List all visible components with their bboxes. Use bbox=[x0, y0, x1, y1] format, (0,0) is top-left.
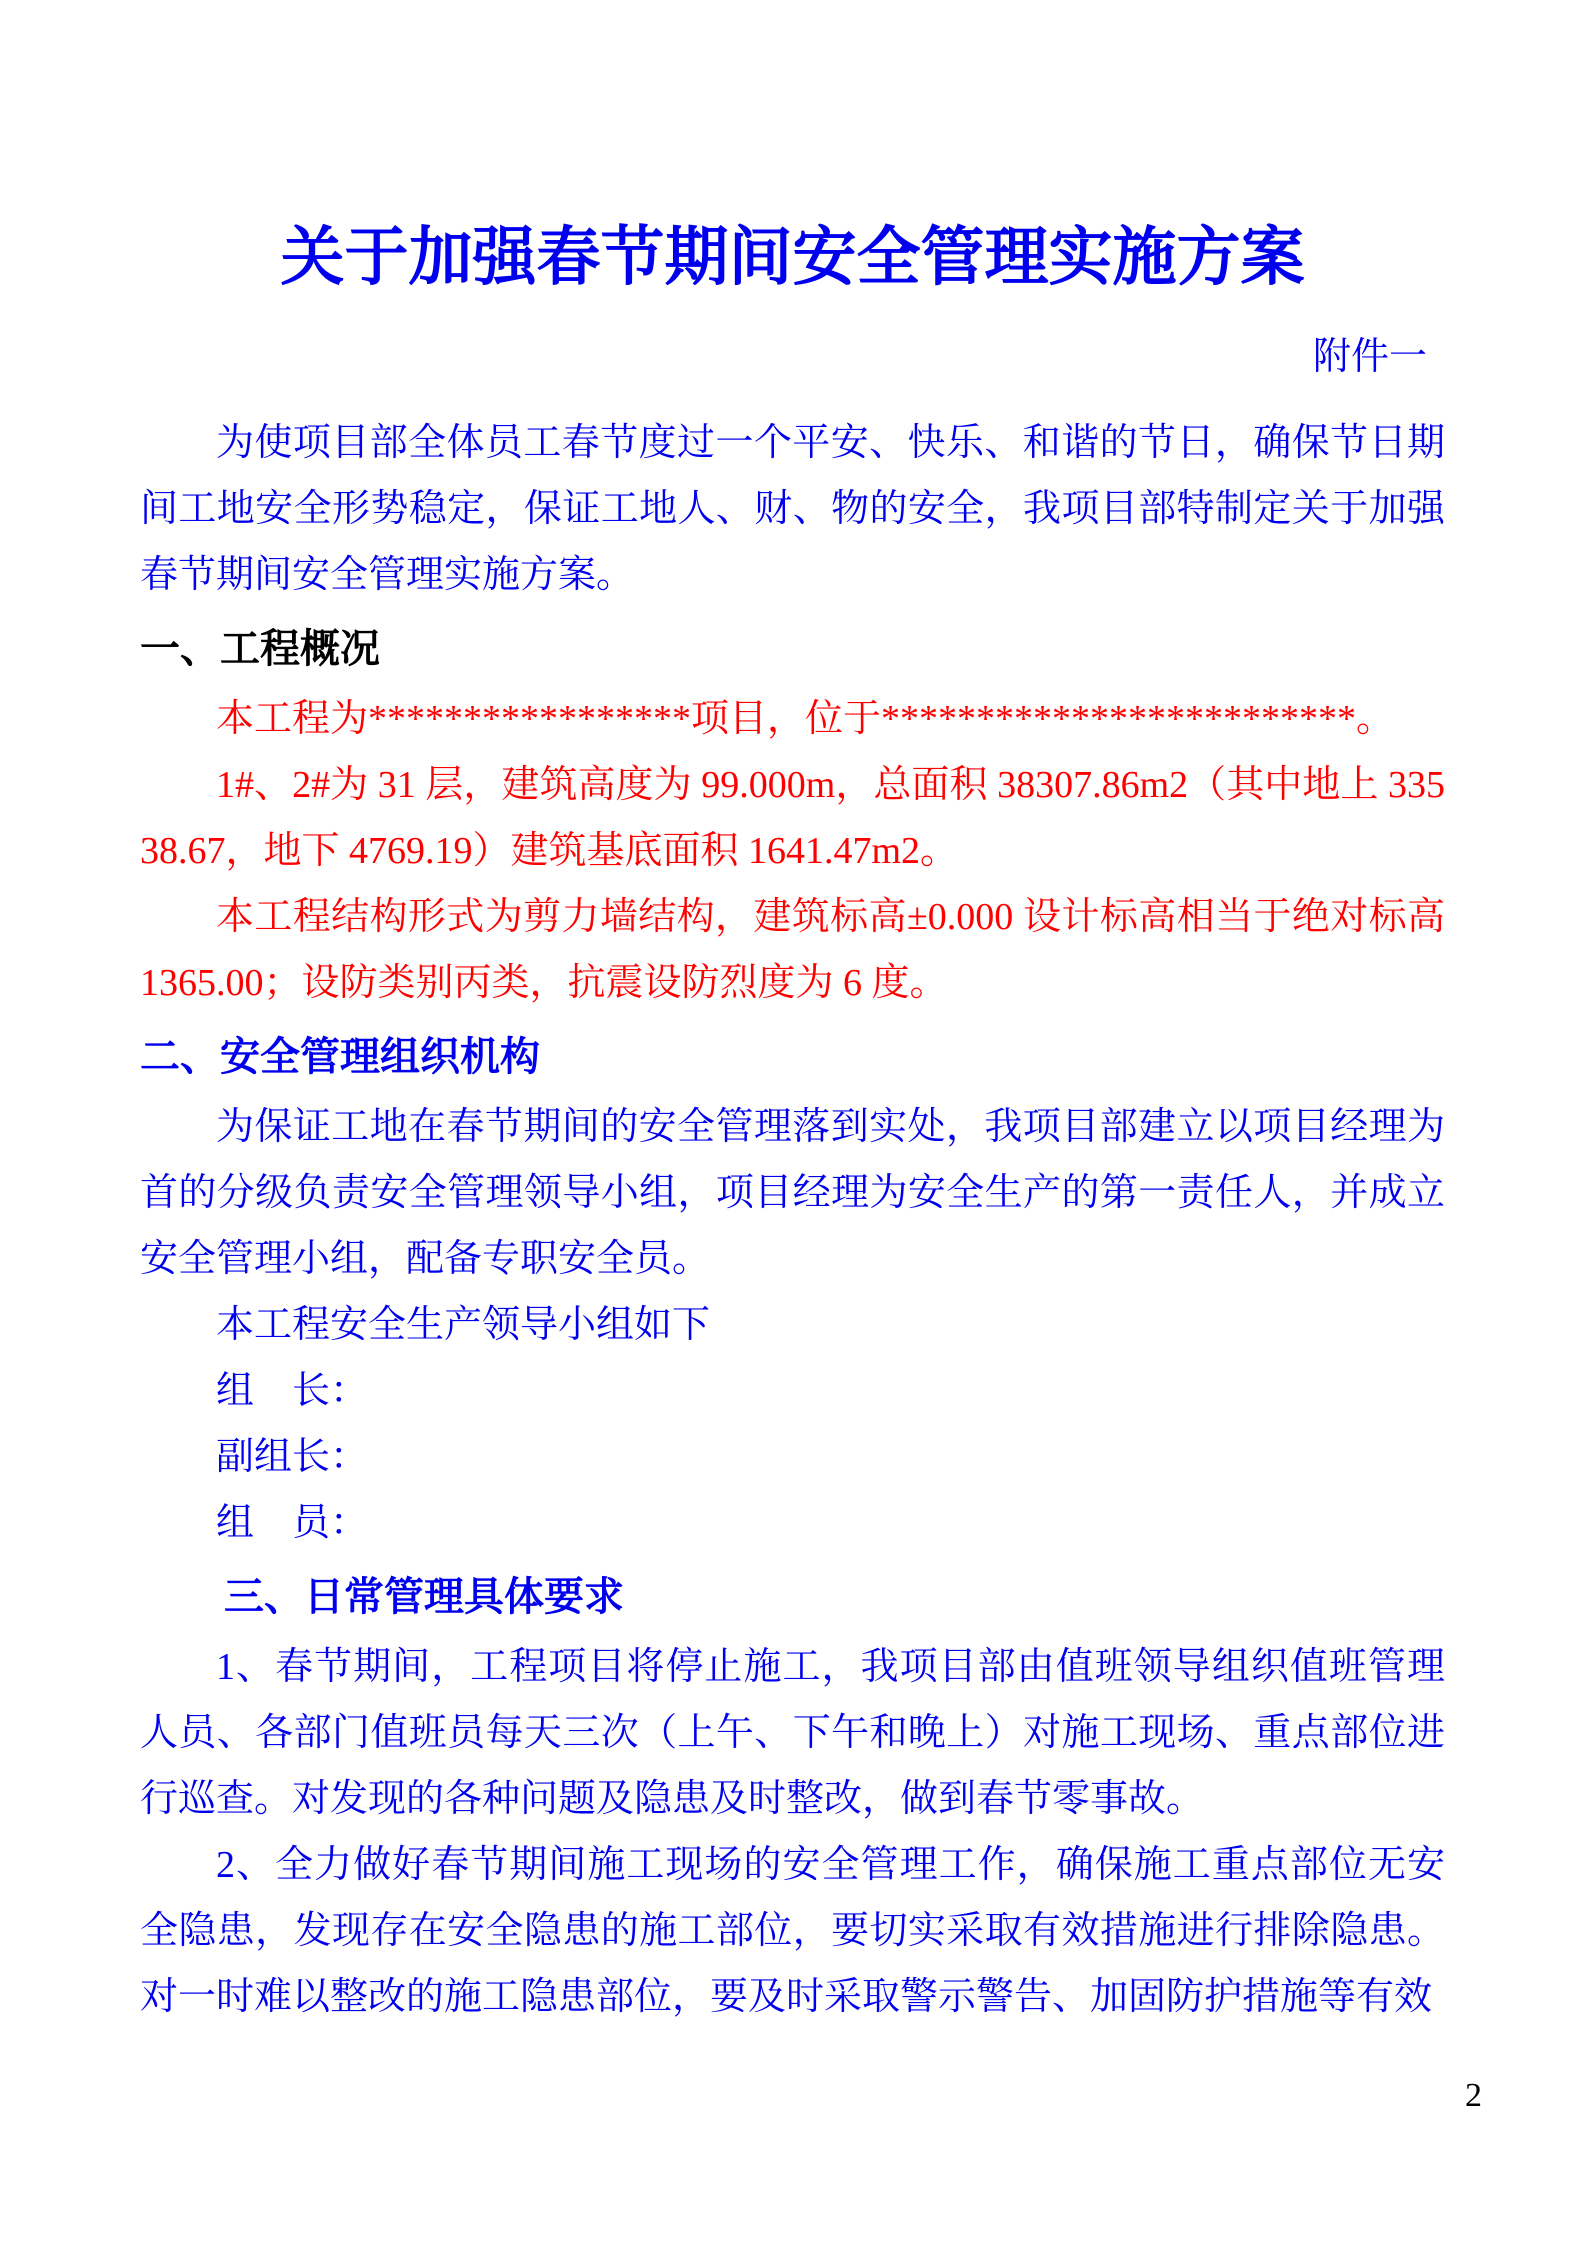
document-page: 关于加强春节期间安全管理实施方案 附件一 为使项目部全体员工春节度过一个平安、快… bbox=[0, 0, 1587, 2245]
role-line-leader: 组 长： bbox=[140, 1358, 1445, 1424]
role-line-members: 组 员： bbox=[140, 1490, 1445, 1556]
section1-heading: 一、工程概况 bbox=[140, 616, 1445, 682]
section2-paragraph-organization: 为保证工地在春节期间的安全管理落到实处，我项目部建立以项目经理为首的分级负责安全… bbox=[140, 1094, 1445, 1292]
section3-item-2: 2、全力做好春节期间施工现场的安全管理工作，确保施工重点部位无安全隐患，发现存在… bbox=[140, 1832, 1445, 2030]
section1-paragraph-structure: 本工程结构形式为剪力墙结构，建筑标高±0.000 设计标高相当于绝对标高 136… bbox=[140, 884, 1445, 1016]
intro-paragraph: 为使项目部全体员工春节度过一个平安、快乐、和谐的节日，确保节日期间工地安全形势稳… bbox=[140, 410, 1445, 608]
document-title: 关于加强春节期间安全管理实施方案 bbox=[140, 212, 1445, 304]
section3-item-1: 1、春节期间，工程项目将停止施工，我项目部由值班领导组织值班管理人员、各部门值班… bbox=[140, 1634, 1445, 1832]
page-number: 2 bbox=[1465, 2078, 1482, 2114]
role-line-deputy-leader: 副组长： bbox=[140, 1424, 1445, 1490]
section1-paragraph-dimensions: 1#、2#为 31 层，建筑高度为 99.000m，总面积 38307.86m2… bbox=[140, 752, 1445, 884]
section2-heading: 二、安全管理组织机构 bbox=[140, 1024, 1445, 1090]
section3-heading: 三、日常管理具体要求 bbox=[140, 1564, 1445, 1630]
section1-paragraph-project: 本工程为*****************项目，位于**************… bbox=[140, 686, 1445, 752]
attachment-label: 附件一 bbox=[140, 324, 1445, 390]
section2-paragraph-leadgroup: 本工程安全生产领导小组如下 bbox=[140, 1292, 1445, 1358]
